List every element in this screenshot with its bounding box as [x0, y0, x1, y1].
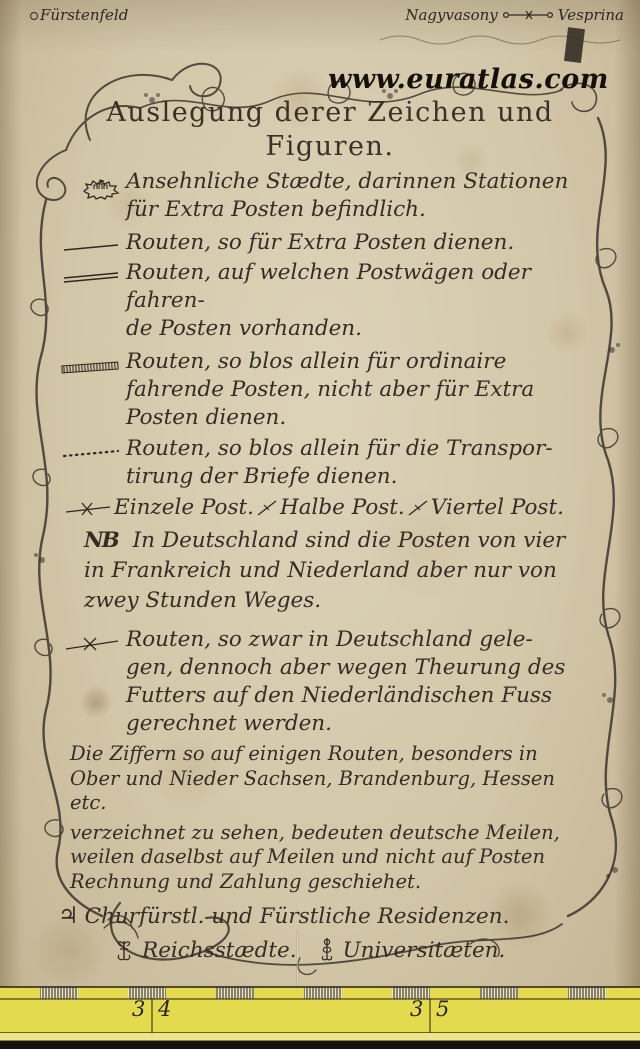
legend-body: Ansehnliche Stædte, darinnen Stationen f…: [56, 168, 594, 963]
legend-entry-text: fahrende Posten, nicht aber für Extra: [126, 376, 594, 404]
half-post-label: Halbe Post.: [280, 495, 405, 520]
legend-entry-text: de Posten vorhanden.: [126, 315, 594, 343]
legend-entry-text: Posten dienen.: [126, 404, 594, 432]
universities-label: Universitæten.: [343, 938, 506, 963]
map-scale-band: 3 4 3 5: [0, 985, 640, 1049]
nota-bene-note: NB In Deutschland sind die Posten von vi…: [56, 526, 594, 616]
town-label: Nagyvasony: [405, 6, 497, 24]
longitude-degree-digit: 3: [410, 997, 423, 1021]
legend-entry-text: gen, dennoch aber wegen Theurung des: [126, 654, 594, 682]
map-edge-left: Fürstenfeld: [28, 6, 128, 24]
legend-entry-ordinaire-route: Routen, so blos allein für ordinaire fah…: [56, 348, 594, 432]
route-segment-icon: [502, 9, 554, 21]
legend-entry-text: für Extra Posten befindlich.: [126, 196, 594, 224]
route-numbers-note: Die Ziffern so auf einigen Routen, beson…: [56, 742, 594, 894]
town-label: Fürstenfeld: [40, 6, 128, 24]
legend-entry-text: Routen, so blos allein für ordinaire: [126, 348, 594, 376]
fortified-town-icon: [56, 168, 126, 201]
half-post-mark-icon: [256, 499, 278, 517]
university-sign-icon: [319, 937, 335, 963]
residences-label: Churfürstl. und Fürstliche Residenzen.: [85, 904, 510, 929]
hatched-route-line-icon: [56, 348, 126, 375]
legend-entry-dutch-foot-route: Routen, so zwar in Deutschland gele- gen…: [56, 626, 594, 738]
legend-entry-text: Routen, so für Extra Posten dienen.: [126, 229, 594, 257]
euratlas-watermark: www.euratlas.com: [328, 64, 609, 95]
legend-entry-text: Futters auf den Niederländischen Fuss: [126, 682, 594, 710]
post-distance-marks-row: Einzele Post. Halbe Post. Viertel Post.: [64, 495, 594, 520]
note-line: weilen daselbst auf Meilen und nicht auf…: [70, 845, 594, 870]
longitude-degree-digit: 5: [436, 997, 449, 1021]
full-post-mark-icon: [64, 499, 112, 517]
crossed-route-line-icon: [56, 626, 126, 653]
legend-title-line2: Figuren.: [78, 130, 582, 164]
legend-entry-towns: Ansehnliche Stædte, darinnen Stationen f…: [56, 168, 594, 224]
legend-entry-extra-post-route: Routen, so für Extra Posten dienen.: [56, 229, 594, 257]
legend-title: Auslegung derer Zeichen und Figuren.: [78, 96, 582, 164]
double-route-line-icon: [56, 259, 126, 286]
scanned-map-legend-page: Fürstenfeld Nagyvasony Vesprina www.eura…: [0, 0, 640, 1049]
nb-line: zwey Stunden Weges.: [84, 586, 594, 616]
note-line: verzeichnet zu sehen, bedeuten deutsche …: [70, 821, 594, 846]
nb-line: In Deutschland sind die Posten von vier: [133, 528, 566, 553]
legend-entry-letter-route: Routen, so blos allein für die Transpor-…: [56, 435, 594, 491]
dotted-route-line-icon: [56, 435, 126, 460]
longitude-degree-digit: 3: [132, 997, 145, 1021]
imperial-city-sign-icon: [114, 937, 134, 963]
legend-entry-residences: ♃ Churfürstl. und Fürstliche Residenzen.: [56, 904, 594, 929]
jupiter-sign-icon: ♃: [58, 905, 79, 927]
legend-entry-text: tirung der Briefe dienen.: [126, 463, 594, 491]
nb-line: in Frankreich und Niederland aber nur vo…: [84, 556, 594, 586]
quarter-post-mark-icon: [407, 499, 429, 517]
legend-entry-postwagen-route: Routen, auf welchen Postwägen oder fahre…: [56, 259, 594, 343]
legend-entry-cities-universities: Reichsstædte. Universitæten.: [56, 937, 594, 963]
legend-entry-text: Routen, auf welchen Postwägen oder fahre…: [126, 259, 594, 315]
legend-title-line1: Auslegung derer Zeichen und: [78, 96, 582, 130]
full-post-label: Einzele Post.: [114, 495, 254, 520]
town-dot-icon: [30, 12, 38, 20]
town-label: Vesprina: [558, 6, 624, 24]
note-line: Rechnung und Zahlung geschiehet.: [70, 870, 594, 895]
legend-entry-text: gerechnet werden.: [126, 710, 594, 738]
map-edge-right: Nagyvasony Vesprina: [405, 6, 624, 24]
legend-entry-text: Routen, so zwar in Deutschland gele-: [126, 626, 594, 654]
legend-entry-text: Ansehnliche Stædte, darinnen Stationen: [126, 168, 594, 196]
longitude-degree-digit: 4: [158, 997, 171, 1021]
note-line: Ober und Nieder Sachsen, Brandenburg, He…: [70, 767, 594, 816]
single-route-line-icon: [56, 229, 126, 254]
scale-band-graphic: [0, 985, 640, 1049]
nota-bene-sign: NB: [84, 528, 118, 553]
quarter-post-label: Viertel Post.: [431, 495, 564, 520]
imperial-cities-label: Reichsstædte.: [142, 938, 297, 963]
legend-entry-text: Routen, so blos allein für die Transpor-: [126, 435, 594, 463]
note-line: Die Ziffern so auf einigen Routen, beson…: [70, 742, 594, 767]
